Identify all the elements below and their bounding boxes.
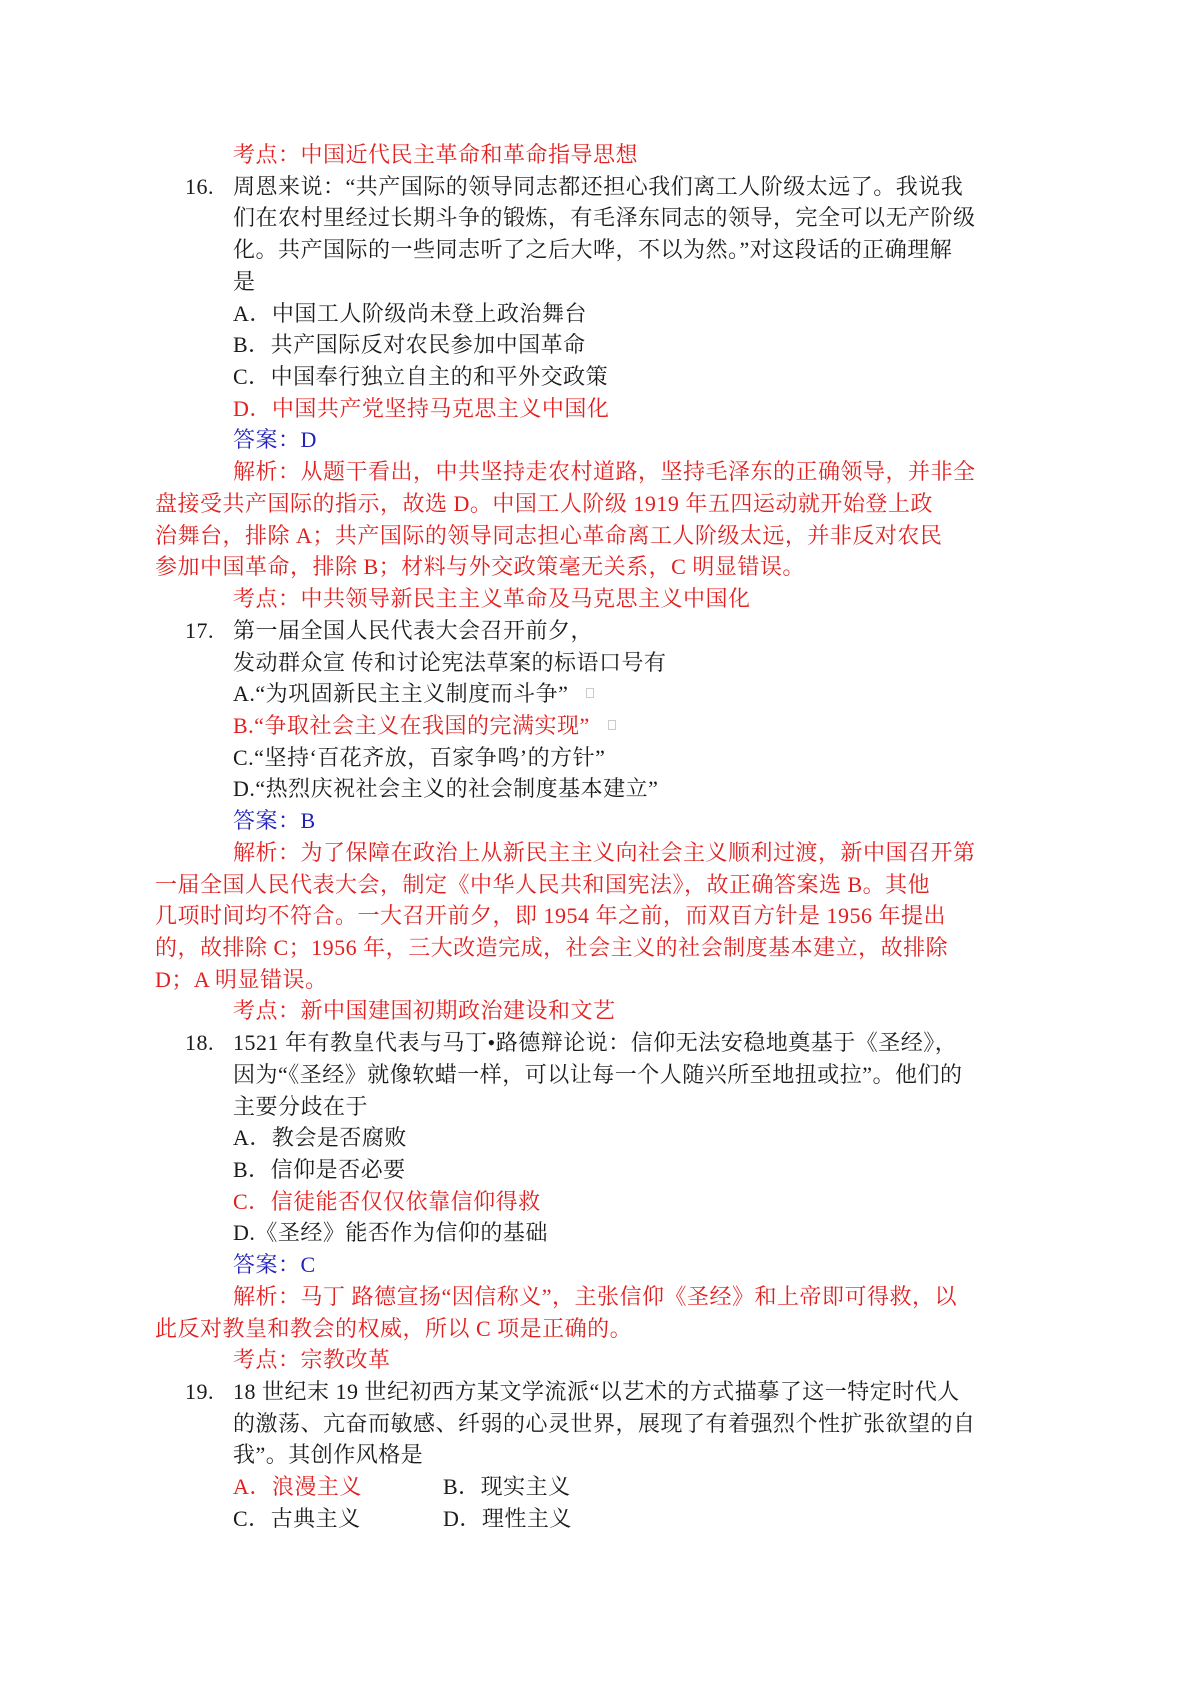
option-pair-line: A．浪漫主义B．现实主义 (0, 1471, 1200, 1503)
analysis-line: 解析：马丁 路德宣扬“因信称义”，主张信仰《圣经》和上帝即可得救，以 (0, 1281, 1200, 1313)
question-stem-line: 的激荡、亢奋而敏感、纤弱的心灵世界，展现了有着强烈个性扩张欲望的自 (0, 1408, 1200, 1440)
question-stem-line: 们在农村里经过长期斗争的锻炼，有毛泽东同志的领导，完全可以无产阶级 (0, 202, 1200, 234)
exam-point-text: 考点：新中国建国初期政治建设和文艺 (233, 998, 616, 1023)
option-line: D．中国共产党坚持马克思主义中国化 (0, 393, 1200, 425)
answer-line: 答案：D (0, 424, 1200, 456)
question-text: 们在农村里经过长期斗争的锻炼，有毛泽东同志的领导，完全可以无产阶级 (233, 205, 976, 230)
option-line: A.“为巩固新民主主义制度而斗争” (0, 678, 1200, 710)
question-text: 1521 年有教皇代表与马丁•路德辩论说：信仰无法安稳地奠基于《圣经》， (233, 1030, 957, 1055)
exam-document-page: { "colors": { "black": "#1b1b1b", "red":… (0, 0, 1200, 1698)
option-text: A．教会是否腐败 (233, 1125, 407, 1150)
analysis-line: 几项时间均不符合。一大召开前夕，即 1954 年之前，而双百方针是 1956 年… (0, 900, 1200, 932)
analysis-text: D；A 明显错误。 (155, 967, 328, 992)
question-stem-line: 16.周恩来说：“共产国际的领导同志都还担心我们离工人阶级太远了。我说我 (0, 171, 1200, 203)
option-text: A．浪漫主义 (233, 1471, 443, 1503)
analysis-text: 盘接受共产国际的指示，故选 D。中国工人阶级 1919 年五四运动就开始登上政 (155, 491, 933, 516)
option-text: A．中国工人阶级尚未登上政治舞台 (233, 301, 587, 326)
option-line: D.《圣经》能否作为信仰的基础 (0, 1217, 1200, 1249)
question-text: 18 世纪末 19 世纪初西方某文学流派“以艺术的方式描摹了这一特定时代人 (233, 1379, 960, 1404)
exam-point-line: 考点：中国近代民主革命和革命指导思想 (0, 139, 1200, 171)
option-text: C.“坚持‘百花齐放，百家争鸣’的方针” (233, 745, 605, 770)
exam-point-line: 考点：新中国建国初期政治建设和文艺 (0, 995, 1200, 1027)
answer-line: 答案：C (0, 1249, 1200, 1281)
analysis-line: 一届全国人民代表大会，制定《中华人民共和国宪法》，故正确答案选 B。其他 (0, 869, 1200, 901)
analysis-text: 解析：马丁 路德宣扬“因信称义”，主张信仰《圣经》和上帝即可得救，以 (233, 1284, 957, 1309)
question-number: 18. (185, 1027, 233, 1059)
analysis-text: 此反对教皇和教会的权威，所以 C 项是正确的。 (155, 1316, 632, 1341)
question-text: 是 (233, 269, 256, 294)
option-line: B．共产国际反对农民参加中国革命 (0, 329, 1200, 361)
question-stem-line: 是 (0, 266, 1200, 298)
answer-line: 答案：B (0, 805, 1200, 837)
question-text: 周恩来说：“共产国际的领导同志都还担心我们离工人阶级太远了。我说我 (233, 174, 963, 199)
question-stem-line: 化。共产国际的一些同志听了之后大哗，不以为然。”对这段话的正确理解 (0, 234, 1200, 266)
option-line: B．信仰是否必要 (0, 1154, 1200, 1186)
option-line: D.“热烈庆祝社会主义的社会制度基本建立” (0, 773, 1200, 805)
analysis-line: 治舞台，排除 A；共产国际的领导同志担心革命离工人阶级太远，并非反对农民 (0, 520, 1200, 552)
stray-print-mark (608, 720, 616, 730)
option-line: B.“争取社会主义在我国的完满实现” (0, 710, 1200, 742)
option-text: B.“争取社会主义在我国的完满实现” (233, 713, 590, 738)
analysis-text: 一届全国人民代表大会，制定《中华人民共和国宪法》，故正确答案选 B。其他 (155, 872, 930, 897)
option-text: D．理性主义 (443, 1506, 572, 1531)
exam-point-text: 考点：中共领导新民主主义革命及马克思主义中国化 (233, 586, 751, 611)
question-stem-line: 主要分歧在于 (0, 1091, 1200, 1123)
question-number: 17. (185, 615, 233, 647)
analysis-line: 盘接受共产国际的指示，故选 D。中国工人阶级 1919 年五四运动就开始登上政 (0, 488, 1200, 520)
option-line: A．中国工人阶级尚未登上政治舞台 (0, 298, 1200, 330)
option-text: B．信仰是否必要 (233, 1157, 406, 1182)
exam-point-text: 考点：宗教改革 (233, 1347, 391, 1372)
option-text: C．古典主义 (233, 1503, 443, 1535)
analysis-line: D；A 明显错误。 (0, 964, 1200, 996)
analysis-text: 解析：从题干看出，中共坚持走农村道路，坚持毛泽东的正确领导，并非全 (233, 459, 976, 484)
analysis-text: 解析：为了保障在政治上从新民主主义向社会主义顺利过渡，新中国召开第 (233, 840, 976, 865)
option-text: A.“为巩固新民主主义制度而斗争” (233, 681, 568, 706)
option-text: C．信徒能否仅仅依靠信仰得救 (233, 1189, 541, 1214)
exam-point-text: 考点：中国近代民主革命和革命指导思想 (233, 142, 638, 167)
question-text: 化。共产国际的一些同志听了之后大哗，不以为然。”对这段话的正确理解 (233, 237, 952, 262)
question-stem-line: 19.18 世纪末 19 世纪初西方某文学流派“以艺术的方式描摹了这一特定时代人 (0, 1376, 1200, 1408)
question-number: 16. (185, 171, 233, 203)
question-text: 的激荡、亢奋而敏感、纤弱的心灵世界，展现了有着强烈个性扩张欲望的自 (233, 1411, 976, 1436)
analysis-text: 几项时间均不符合。一大召开前夕，即 1954 年之前，而双百方针是 1956 年… (155, 903, 946, 928)
option-pair-line: C．古典主义D．理性主义 (0, 1503, 1200, 1535)
question-stem-line: 因为“《圣经》就像软蜡一样，可以让每一个人随兴所至地扭或拉”。他们的 (0, 1059, 1200, 1091)
option-line: C．信徒能否仅仅依靠信仰得救 (0, 1186, 1200, 1218)
question-text: 主要分歧在于 (233, 1094, 368, 1119)
question-number: 19. (185, 1376, 233, 1408)
option-text: B．共产国际反对农民参加中国革命 (233, 332, 586, 357)
question-text: 第一届全国人民代表大会召开前夕， (233, 618, 593, 643)
option-line: C．中国奉行独立自主的和平外交政策 (0, 361, 1200, 393)
question-stem-line: 17.第一届全国人民代表大会召开前夕， (0, 615, 1200, 647)
analysis-line: 解析：为了保障在政治上从新民主主义向社会主义顺利过渡，新中国召开第 (0, 837, 1200, 869)
analysis-text: 治舞台，排除 A；共产国际的领导同志担心革命离工人阶级太远，并非反对农民 (155, 523, 942, 548)
question-text: 因为“《圣经》就像软蜡一样，可以让每一个人随兴所至地扭或拉”。他们的 (233, 1062, 963, 1087)
exam-point-line: 考点：中共领导新民主主义革命及马克思主义中国化 (0, 583, 1200, 615)
answer-text: 答案：D (233, 427, 317, 452)
question-text: 发动群众宣 传和讨论宪法草案的标语口号有 (233, 650, 667, 675)
option-text: D．中国共产党坚持马克思主义中国化 (233, 396, 609, 421)
answer-text: 答案：B (233, 808, 316, 833)
option-text: D.《圣经》能否作为信仰的基础 (233, 1220, 548, 1245)
exam-document: 考点：中国近代民主革命和革命指导思想16.周恩来说：“共产国际的领导同志都还担心… (0, 139, 1200, 1535)
analysis-text: 的，故排除 C；1956 年，三大改造完成，社会主义的社会制度基本建立，故排除 (155, 935, 948, 960)
question-stem-line: 18.1521 年有教皇代表与马丁•路德辩论说：信仰无法安稳地奠基于《圣经》， (0, 1027, 1200, 1059)
question-stem-line: 我”。其创作风格是 (0, 1439, 1200, 1471)
option-text: C．中国奉行独立自主的和平外交政策 (233, 364, 608, 389)
analysis-line: 参加中国革命，排除 B；材料与外交政策毫无关系，C 明显错误。 (0, 551, 1200, 583)
exam-point-line: 考点：宗教改革 (0, 1344, 1200, 1376)
analysis-text: 参加中国革命，排除 B；材料与外交政策毫无关系，C 明显错误。 (155, 554, 805, 579)
analysis-line: 解析：从题干看出，中共坚持走农村道路，坚持毛泽东的正确领导，并非全 (0, 456, 1200, 488)
option-line: A．教会是否腐败 (0, 1122, 1200, 1154)
option-text: B．现实主义 (443, 1474, 571, 1499)
analysis-line: 的，故排除 C；1956 年，三大改造完成，社会主义的社会制度基本建立，故排除 (0, 932, 1200, 964)
answer-text: 答案：C (233, 1252, 316, 1277)
option-text: D.“热烈庆祝社会主义的社会制度基本建立” (233, 776, 658, 801)
question-stem-line: 发动群众宣 传和讨论宪法草案的标语口号有 (0, 647, 1200, 679)
option-line: C.“坚持‘百花齐放，百家争鸣’的方针” (0, 742, 1200, 774)
analysis-line: 此反对教皇和教会的权威，所以 C 项是正确的。 (0, 1313, 1200, 1345)
stray-print-mark (586, 688, 594, 698)
question-text: 我”。其创作风格是 (233, 1442, 423, 1467)
